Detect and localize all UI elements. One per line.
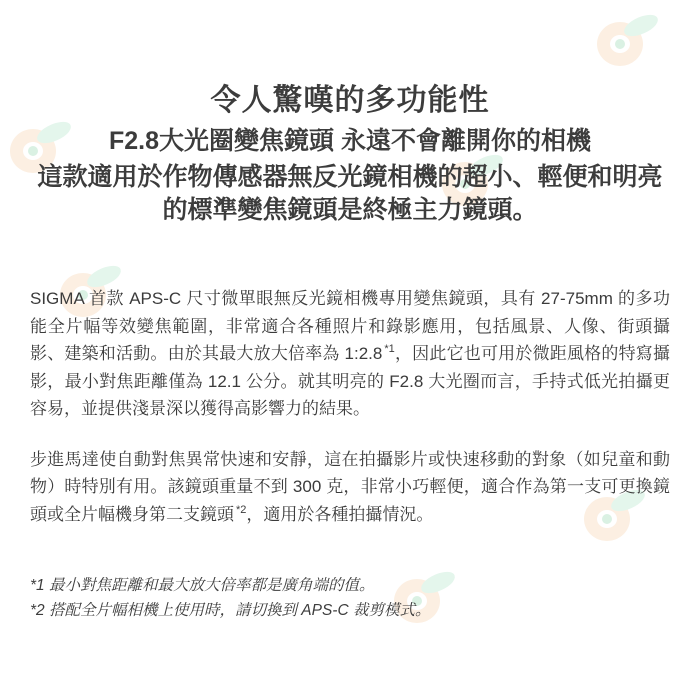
- footnote-1: *1 最小對焦距離和最大放大倍率都是廣角端的值。: [30, 574, 670, 599]
- paragraph-2: 步進馬達使自動對焦異常快速和安靜，這在拍攝影片或快速移動的對象（如兒童和動物）時…: [30, 446, 670, 529]
- product-description-page: 令人驚嘆的多功能性 F2.8大光圈變焦鏡頭 永遠不會離開你的相機 這款適用於作物…: [0, 0, 700, 700]
- subtitle-line1: F2.8大光圈變焦鏡頭 永遠不會離開你的相機: [0, 123, 700, 159]
- page-title: 令人驚嘆的多功能性: [0, 82, 700, 120]
- header-block: 令人驚嘆的多功能性 F2.8大光圈變焦鏡頭 永遠不會離開你的相機 這款適用於作物…: [0, 0, 700, 227]
- description-body: SIGMA 首款 APS-C 尺寸微單眼無反光鏡相機專用變焦鏡頭，具有 27-7…: [30, 285, 670, 528]
- footnote-marker-1: *1: [384, 343, 394, 355]
- footnote-marker-2: *2: [236, 504, 246, 516]
- footnotes-block: *1 最小對焦距離和最大放大倍率都是廣角端的值。 *2 搭配全片幅相機上使用時，…: [30, 574, 670, 623]
- footnote-2: *2 搭配全片幅相機上使用時，請切換到 APS-C 裁剪模式。: [30, 599, 670, 624]
- paragraph-2-text-cont: ，適用於各種拍攝情況。: [246, 505, 433, 524]
- subtitle-line2: 這款適用於作物傳感器無反光鏡相機的超小、輕便和明亮的標準變焦鏡頭是終極主力鏡頭。: [26, 161, 674, 227]
- paragraph-1: SIGMA 首款 APS-C 尺寸微單眼無反光鏡相機專用變焦鏡頭，具有 27-7…: [30, 285, 670, 423]
